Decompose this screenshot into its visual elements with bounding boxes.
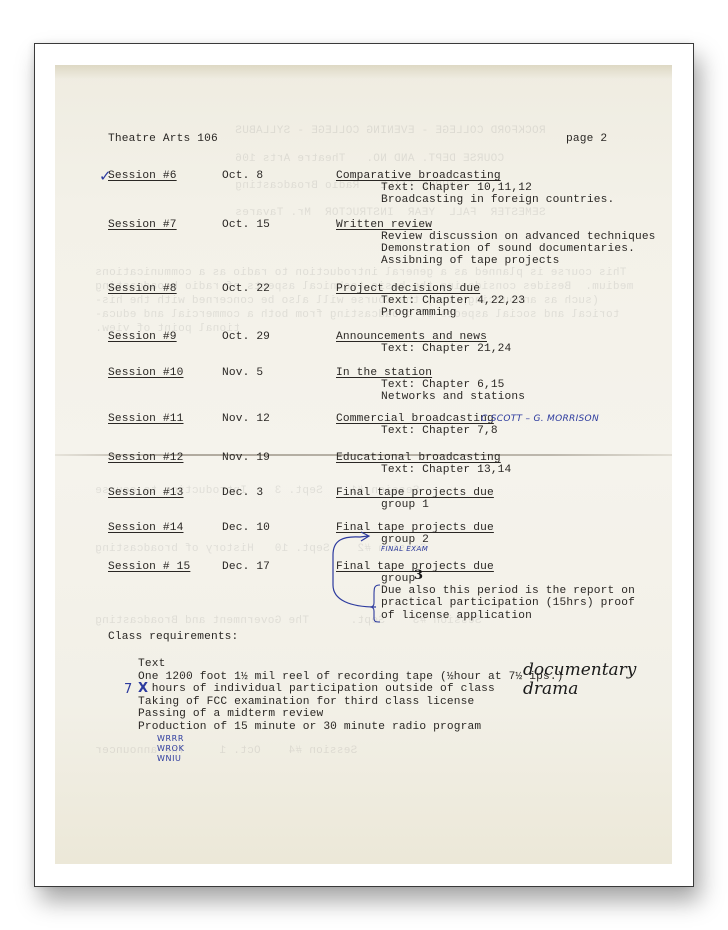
handwritten-arrow-icon bbox=[0, 0, 728, 930]
